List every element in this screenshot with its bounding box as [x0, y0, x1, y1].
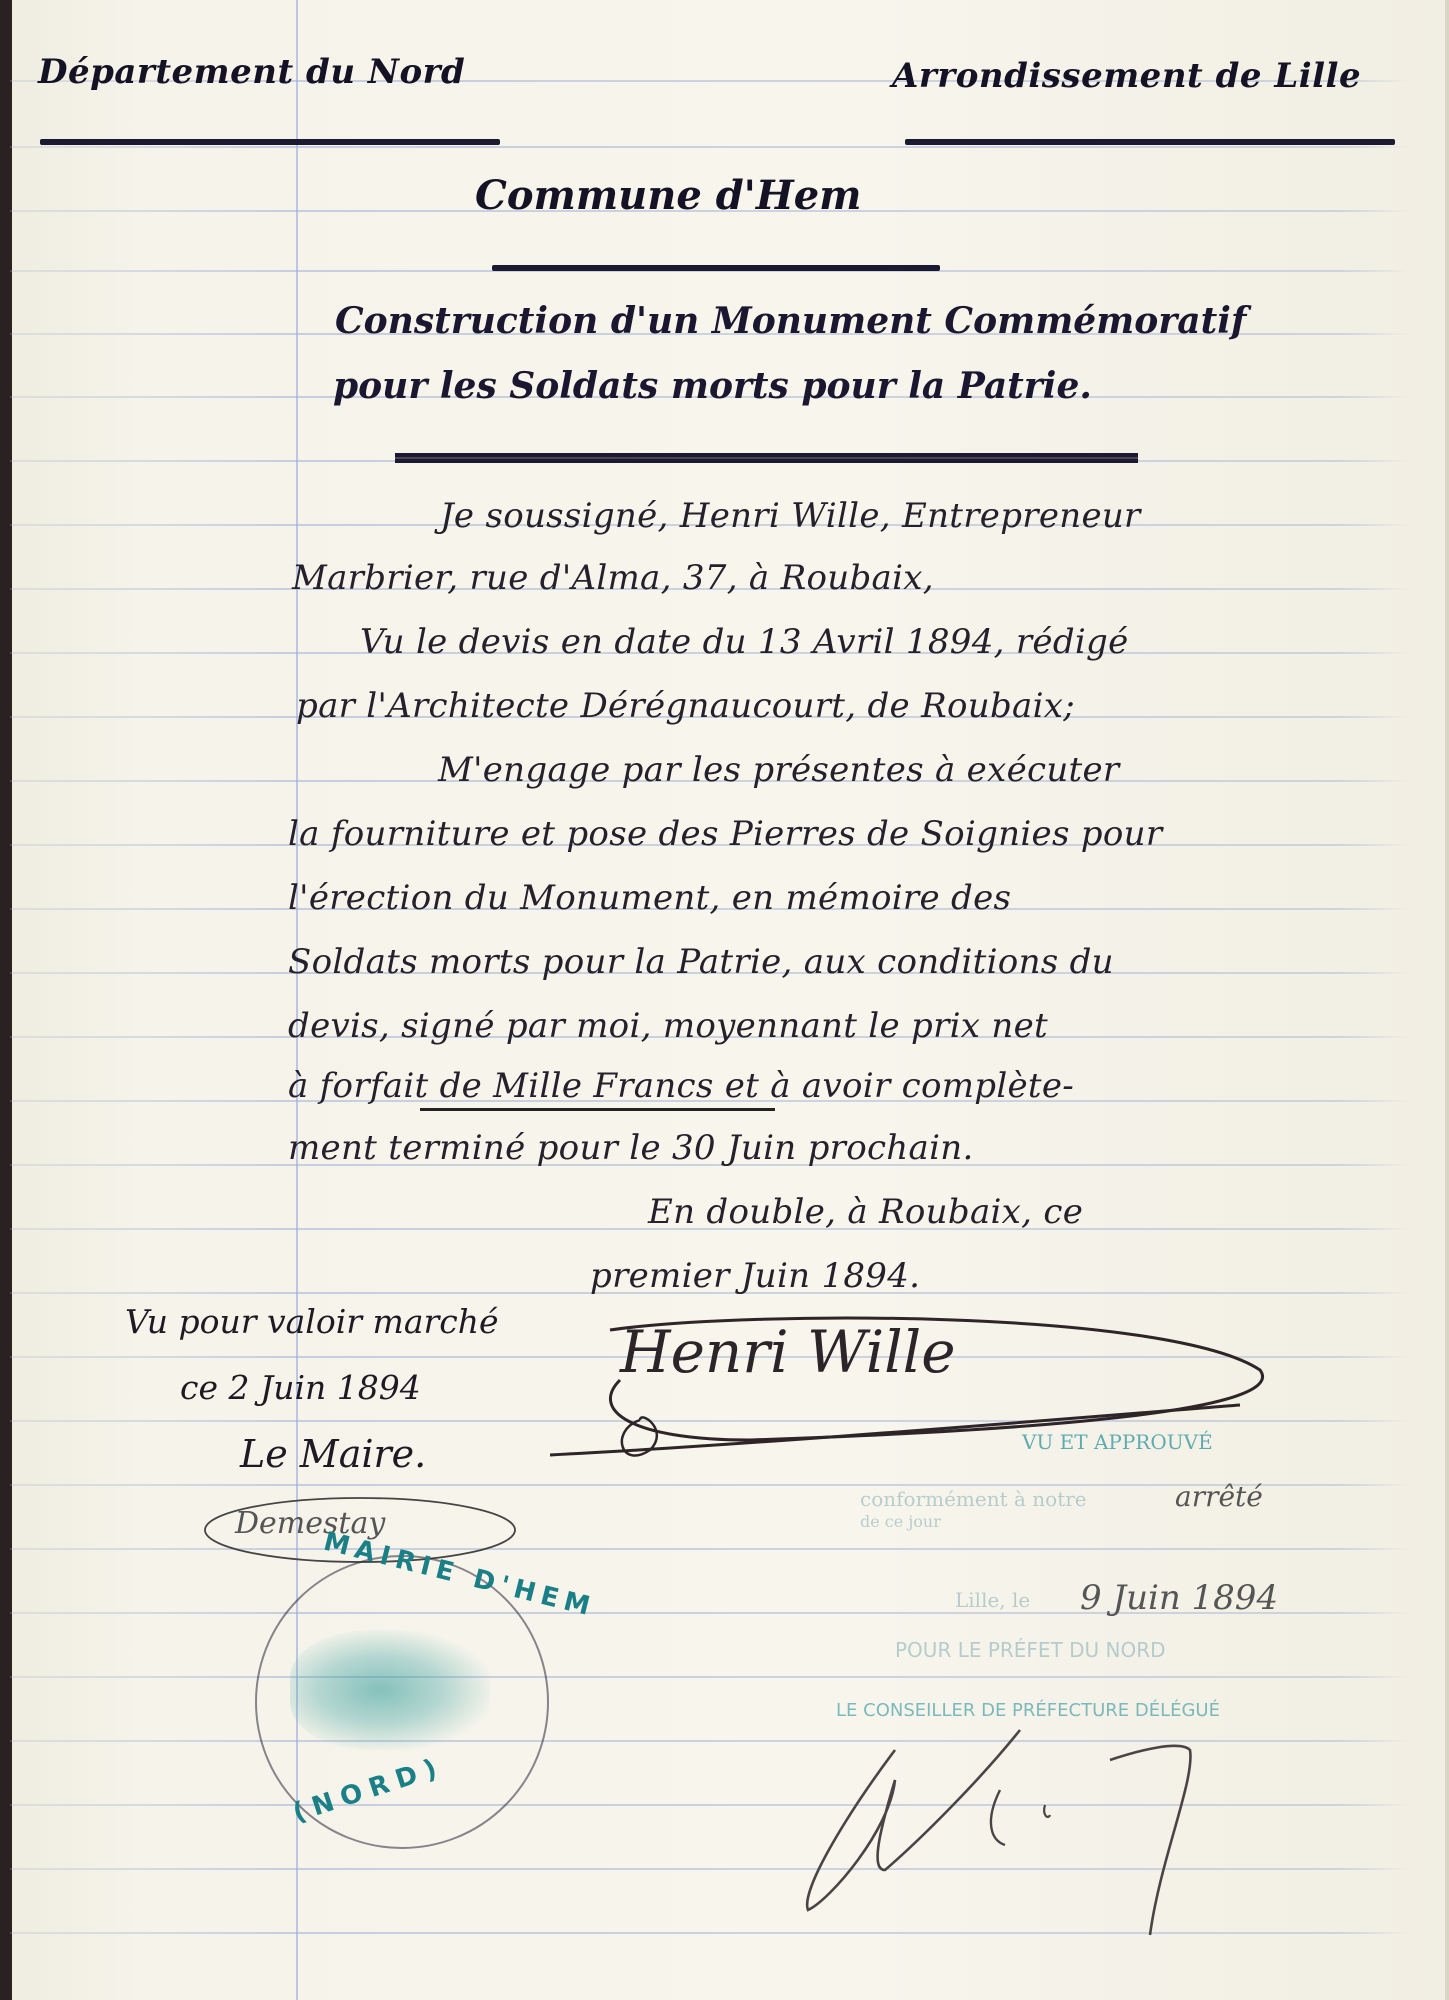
- prefecture-stamp-line3: de ce jour: [860, 1512, 941, 1531]
- prefecture-stamp-conseiller: Le Conseiller de Préfecture délégué: [836, 1700, 1220, 1721]
- header-department: Département du Nord: [38, 52, 465, 92]
- body-line-6: la fourniture et pose des Pierres de Soi…: [288, 814, 1162, 854]
- closing-line-2: premier Juin 1894.: [590, 1256, 920, 1296]
- ruled-line: [10, 1868, 1410, 1870]
- ruled-line: [10, 1740, 1410, 1742]
- contractor-signature: Henri Wille: [620, 1318, 956, 1386]
- prefecture-stamp-arrete-handwritten: arrêté: [1175, 1480, 1263, 1513]
- ruled-line: [10, 1676, 1410, 1678]
- ruled-line: [10, 146, 1410, 148]
- closing-line-1: En double, à Roubaix, ce: [648, 1192, 1083, 1232]
- body-line-9: devis, signé par moi, moyennant le prix …: [288, 1006, 1048, 1046]
- body-line-11: ment terminé pour le 30 Juin prochain.: [288, 1128, 974, 1168]
- ruled-line: [10, 1804, 1410, 1806]
- prefecture-stamp-pour-prefet: POUR LE PRÉFET DU NORD: [895, 1638, 1166, 1662]
- body-line-7: l'érection du Monument, en mémoire des: [288, 878, 1011, 918]
- amount-underline: [420, 1108, 775, 1111]
- header-left-rule: [40, 139, 500, 145]
- prefecture-stamp-date-handwritten: 9 Juin 1894: [1080, 1578, 1278, 1618]
- mayor-note-line-3: Le Maire.: [240, 1432, 426, 1476]
- subject-double-rule: [395, 453, 1138, 463]
- ruled-line: [10, 1932, 1410, 1934]
- body-line-3: Vu le devis en date du 13 Avril 1894, ré…: [360, 622, 1129, 662]
- prefecture-stamp-approved: VU ET APPROUVÉ: [1022, 1430, 1213, 1454]
- body-line-10: à forfait de Mille Francs et à avoir com…: [288, 1066, 1074, 1106]
- mayor-note-line-2: ce 2 Juin 1894: [180, 1368, 421, 1407]
- body-line-8: Soldats morts pour la Patrie, aux condit…: [288, 942, 1114, 982]
- subject-line-2: pour les Soldats morts pour la Patrie.: [333, 365, 1092, 407]
- page-binding-edge: [0, 0, 12, 2000]
- header-arrondissement: Arrondissement de Lille: [892, 56, 1361, 96]
- document-page: Département du Nord Arrondissement de Li…: [0, 0, 1449, 2000]
- subject-line-1: Construction d'un Monument Commémoratif: [335, 300, 1246, 342]
- body-line-1: Je soussigné, Henri Wille, Entrepreneur: [440, 496, 1141, 536]
- prefecture-signature: [780, 1720, 1200, 1950]
- commune-rule: [492, 265, 940, 271]
- body-line-4: par l'Architecte Dérégnaucourt, de Rouba…: [296, 686, 1075, 726]
- commune-title: Commune d'Hem: [475, 172, 861, 219]
- prefecture-stamp-date-printed: Lille, le: [955, 1588, 1030, 1612]
- body-line-2: Marbrier, rue d'Alma, 37, à Roubaix,: [292, 558, 934, 598]
- body-line-5: M'engage par les présentes à exécuter: [438, 750, 1119, 790]
- mayor-note-line-1: Vu pour valoir marché: [125, 1302, 499, 1341]
- prefecture-stamp-conformement: conformément à notre: [860, 1487, 1087, 1511]
- seal-emblem: [290, 1630, 490, 1750]
- header-right-rule: [905, 139, 1395, 145]
- page-right-edge: [1445, 0, 1449, 2000]
